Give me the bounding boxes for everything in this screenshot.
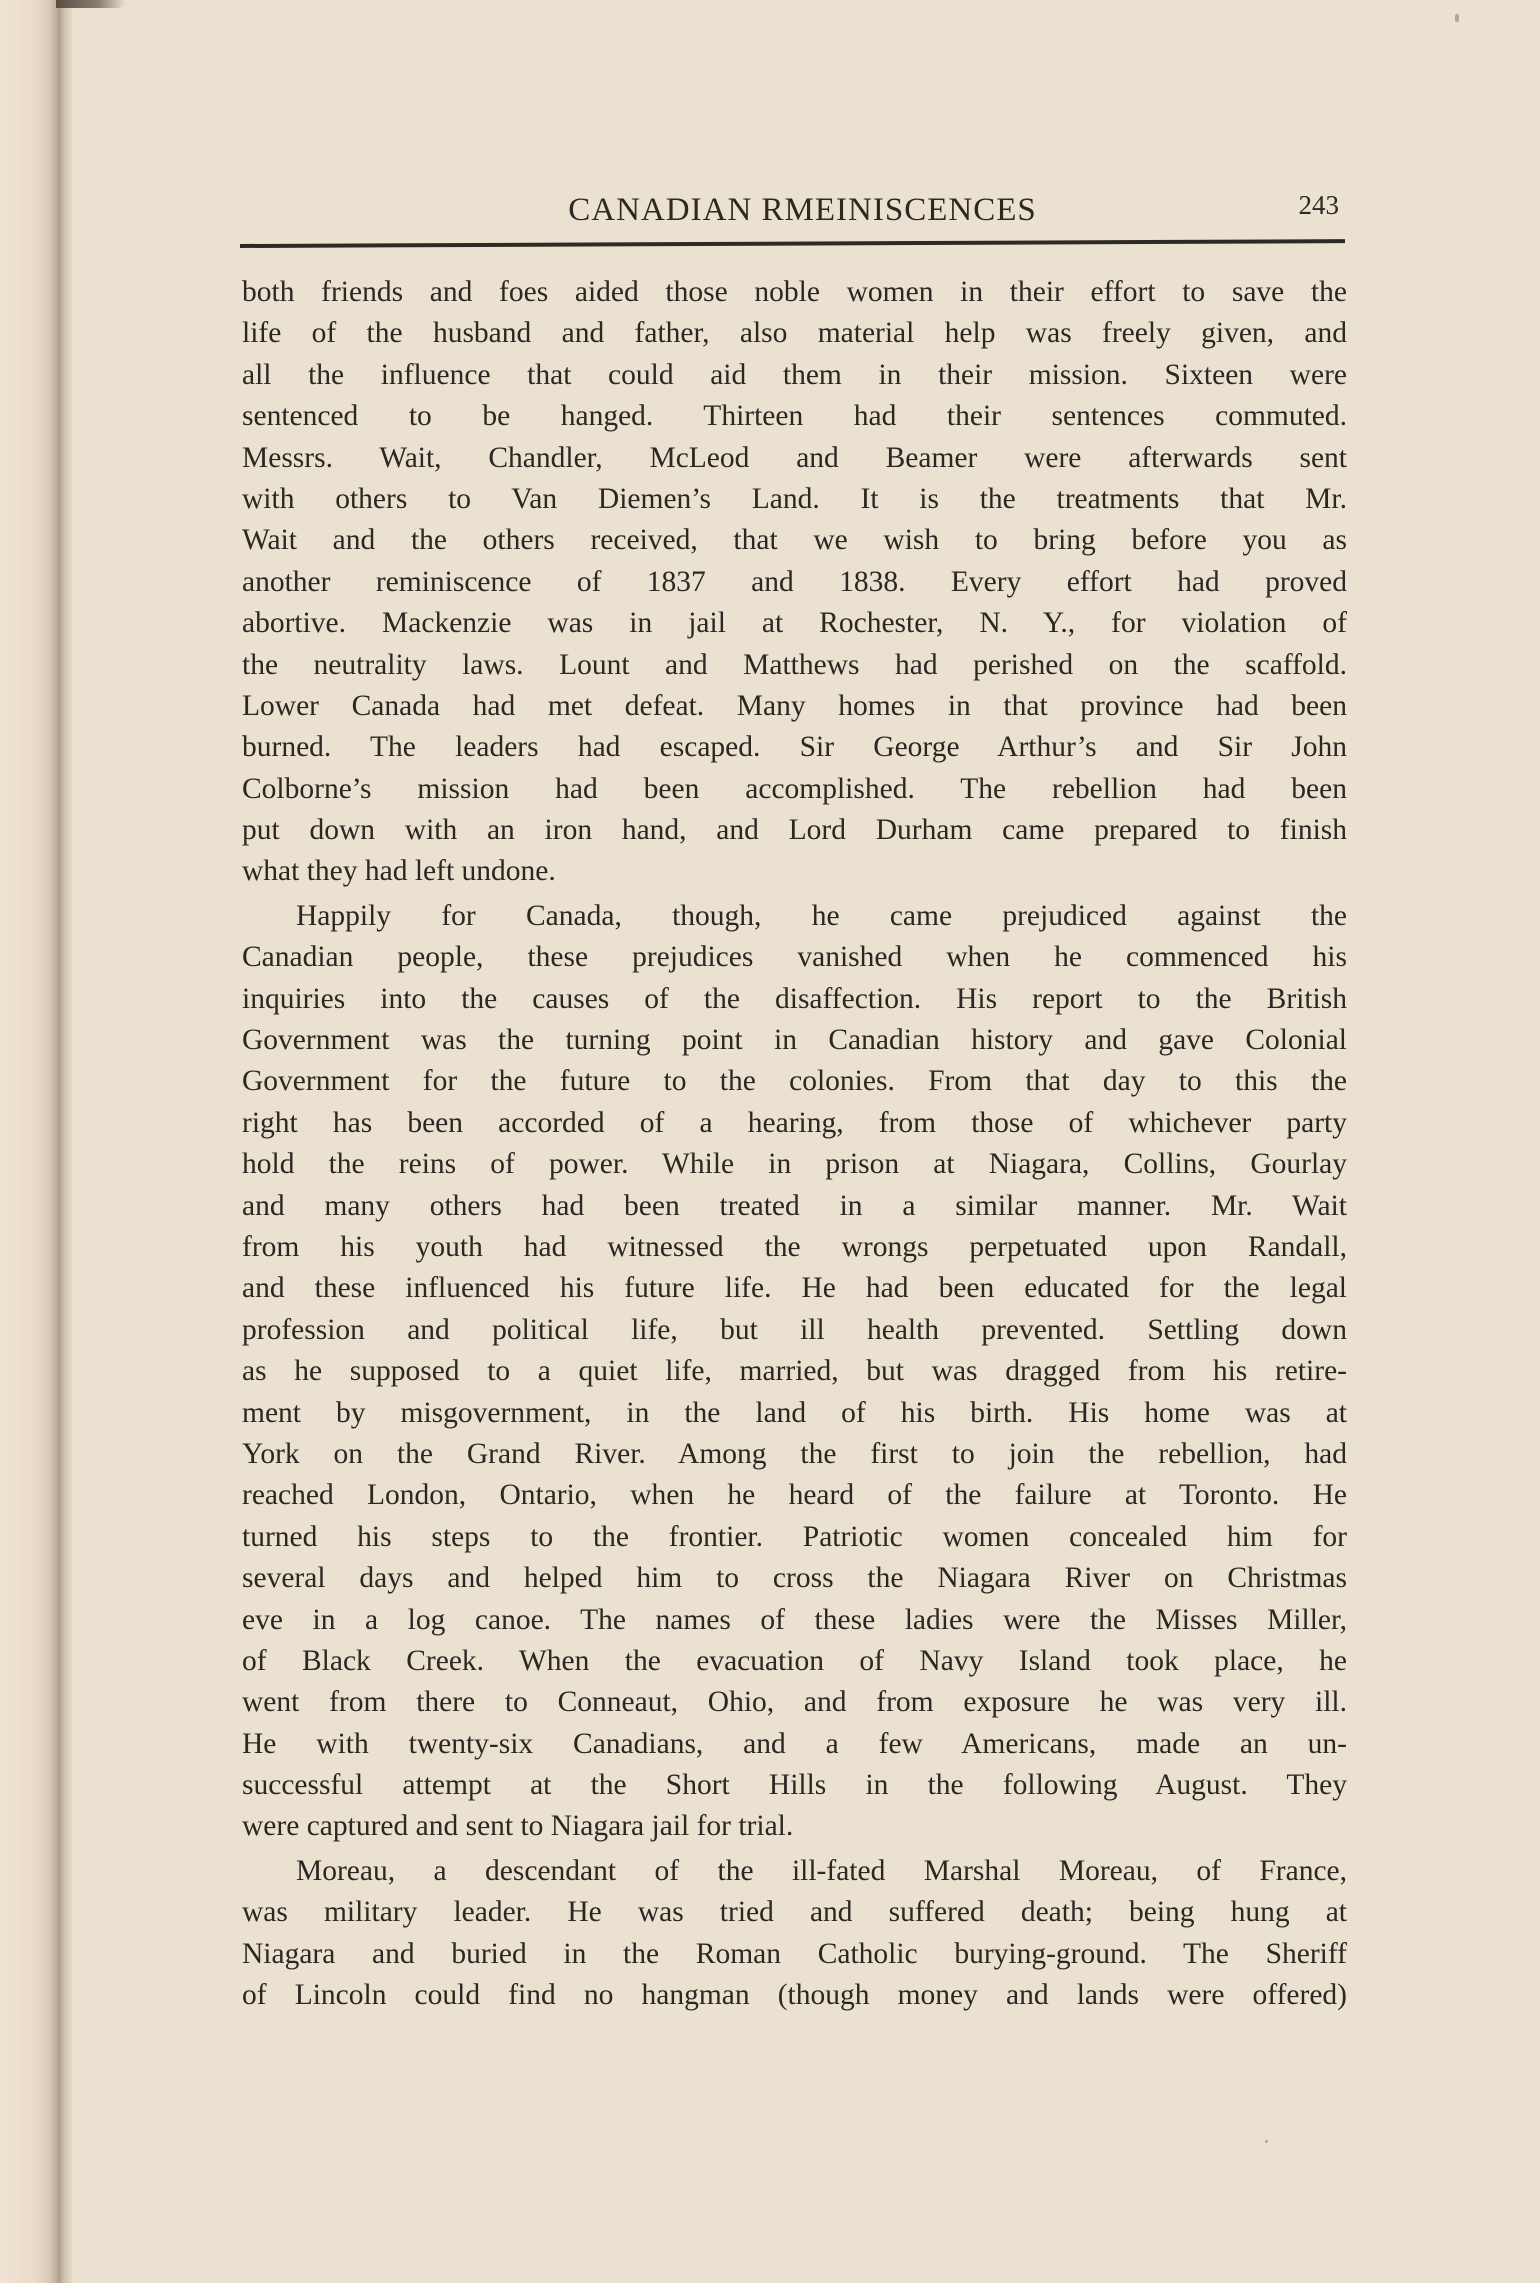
paragraph-3: Moreau, a descendant of the ill-fated Ma… — [242, 1851, 1347, 2017]
text-line: burned. The leaders had escaped. Sir Geo… — [242, 727, 1347, 768]
text-line: all the influence that could aid them in… — [242, 355, 1347, 396]
paragraph-1: both friends and foes aided those noble … — [242, 272, 1347, 893]
text-line: as he supposed to a quiet life, married,… — [242, 1351, 1347, 1392]
text-line: profession and political life, but ill h… — [242, 1310, 1347, 1351]
text-line: eve in a log canoe. The names of these l… — [242, 1600, 1347, 1641]
text-line: Messrs. Wait, Chandler, McLeod and Beame… — [242, 438, 1347, 479]
page-number: 243 — [1299, 190, 1340, 221]
text-line: reached London, Ontario, when he heard o… — [242, 1475, 1347, 1516]
text-line: Colborne’s mission had been accomplished… — [242, 769, 1347, 810]
running-head: CANADIAN RMEINISCENCES 243 — [240, 190, 1345, 236]
body-text: both friends and foes aided those noble … — [242, 272, 1347, 2016]
text-line: hold the reins of power. While in prison… — [242, 1144, 1347, 1185]
text-line: Government for the future to the colonie… — [242, 1061, 1347, 1102]
text-line: Wait and the others received, that we wi… — [242, 520, 1347, 561]
text-line: went from there to Conneaut, Ohio, and f… — [242, 1682, 1347, 1723]
text-line: put down with an iron hand, and Lord Dur… — [242, 810, 1347, 851]
text-line: York on the Grand River. Among the first… — [242, 1434, 1347, 1475]
text-line: another reminiscence of 1837 and 1838. E… — [242, 562, 1347, 603]
text-line: abortive. Mackenzie was in jail at Roche… — [242, 603, 1347, 644]
text-line: was military leader. He was tried and su… — [242, 1892, 1347, 1933]
text-line: Canadian people, these prejudices vanish… — [242, 937, 1347, 978]
text-line: Happily for Canada, though, he came prej… — [242, 896, 1347, 937]
text-line: turned his steps to the frontier. Patrio… — [242, 1517, 1347, 1558]
text-line: from his youth had witnessed the wrongs … — [242, 1227, 1347, 1268]
text-line: Niagara and buried in the Roman Catholic… — [242, 1934, 1347, 1975]
text-line: inquiries into the causes of the disaffe… — [242, 979, 1347, 1020]
running-title: CANADIAN RMEINISCENCES — [240, 192, 1345, 229]
text-line: He with twenty-six Canadians, and a few … — [242, 1724, 1347, 1765]
text-line: were captured and sent to Niagara jail f… — [242, 1806, 1347, 1847]
paper-speck — [1265, 2140, 1268, 2143]
text-line: with others to Van Diemen’s Land. It is … — [242, 479, 1347, 520]
text-line: sentenced to be hanged. Thirteen had the… — [242, 396, 1347, 437]
text-line: life of the husband and father, also mat… — [242, 313, 1347, 354]
binding-mark — [56, 0, 126, 8]
book-gutter — [58, 0, 72, 2283]
text-line: the neutrality laws. Lount and Matthews … — [242, 645, 1347, 686]
text-line: Government was the turning point in Cana… — [242, 1020, 1347, 1061]
text-line: what they had left undone. — [242, 851, 1347, 892]
text-line: successful attempt at the Short Hills in… — [242, 1765, 1347, 1806]
text-line: several days and helped him to cross the… — [242, 1558, 1347, 1599]
paper-speck — [1455, 14, 1459, 22]
text-line: of Black Creek. When the evacuation of N… — [242, 1641, 1347, 1682]
text-line: and these influenced his future life. He… — [242, 1268, 1347, 1309]
paragraph-2: Happily for Canada, though, he came prej… — [242, 896, 1347, 1848]
facing-page-edge — [0, 0, 58, 2283]
text-line: and many others had been treated in a si… — [242, 1186, 1347, 1227]
text-line: of Lincoln could find no hangman (though… — [242, 1975, 1347, 2016]
text-line: ment by misgovernment, in the land of hi… — [242, 1393, 1347, 1434]
text-line: both friends and foes aided those noble … — [242, 272, 1347, 313]
text-line: Lower Canada had met defeat. Many homes … — [242, 686, 1347, 727]
text-line: Moreau, a descendant of the ill-fated Ma… — [242, 1851, 1347, 1892]
text-line: right has been accorded of a hearing, fr… — [242, 1103, 1347, 1144]
